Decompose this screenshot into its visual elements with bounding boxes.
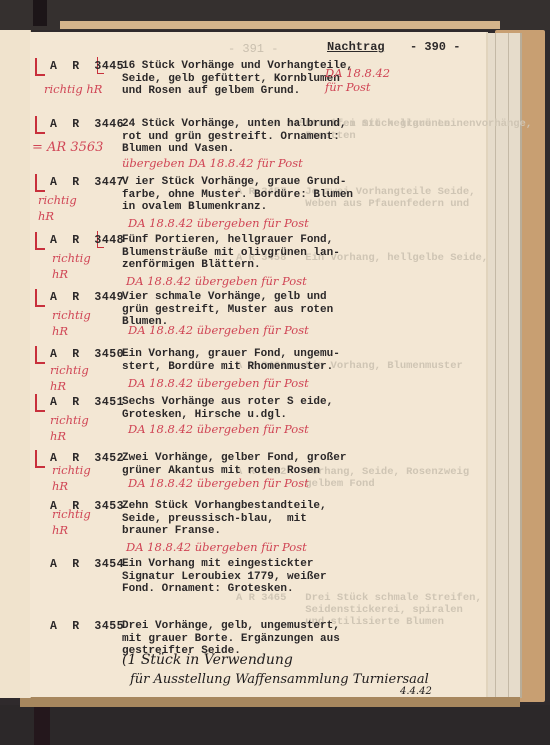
- page-number: - 390 -: [410, 40, 460, 54]
- red-bracket-mark: [35, 232, 45, 250]
- inventory-number: 3455: [94, 620, 124, 633]
- inventory-prefix: A R 3454: [50, 558, 124, 571]
- handwritten-annotation: DA 18.8.42 übergeben für Post: [128, 323, 309, 337]
- inventory-prefix: A R 3450: [50, 348, 124, 361]
- handwritten-annotation: für Post: [325, 80, 371, 94]
- entry-description: Sechs Vorhänge aus roter S eide, Grotesk…: [122, 396, 333, 421]
- handwritten-annotation: DA 18.8.42 übergeben für Post: [128, 376, 309, 390]
- inventory-prefix: A R 3445: [50, 60, 124, 73]
- red-bracket-mark: [35, 346, 45, 364]
- inventory-number: 3451: [94, 396, 124, 409]
- inventory-number: 3450: [94, 348, 124, 361]
- handwritten-date: 4.4.42: [400, 686, 432, 697]
- handwritten-closing-note: für Ausstellung Waffensammlung Turniersa…: [130, 672, 429, 687]
- entry-description: Ein Vorhang mit eingestickter Signatur L…: [122, 558, 327, 596]
- inventory-number: 3445: [94, 60, 124, 73]
- margin-note: richtig hR: [50, 362, 90, 394]
- handwritten-annotation: übergeben DA 18.8.42 für Post: [122, 156, 303, 170]
- inventory-prefix: A R 3448: [50, 234, 124, 247]
- inventory-number: 3449: [94, 291, 124, 304]
- red-bracket-mark: [35, 289, 45, 307]
- inventory-number: 3452: [94, 452, 124, 465]
- inventory-prefix: A R 3447: [50, 176, 124, 189]
- margin-note: richtig hR: [52, 250, 92, 282]
- margin-note: richtig hR: [38, 192, 78, 224]
- inventory-number: 3447: [94, 176, 124, 189]
- inventory-number: 3454: [94, 558, 124, 571]
- margin-note: richtig hR: [50, 412, 90, 444]
- margin-note: richtig hR: [52, 462, 92, 494]
- margin-note: = AR 3563: [32, 140, 103, 155]
- red-bracket-mark: [35, 394, 45, 412]
- entry-description: 16 Stück Vorhänge und Vorhangteile, Seid…: [122, 60, 353, 98]
- bleed-through-text: Seidenstickerei, spiralen: [236, 604, 463, 616]
- handwritten-annotation: DA 18.8.42 übergeben für Post: [126, 540, 307, 554]
- facing-page: [0, 30, 31, 698]
- red-bracket-mark: [35, 116, 45, 134]
- document-page: A R 3456 Drei Stück graue Leinenvorhänge…: [30, 32, 488, 697]
- entry-description: 24 Stück Vorhänge, unten halbrund, rot u…: [122, 118, 346, 156]
- handwritten-annotation: DA 18.8.42 übergeben für Post: [126, 274, 307, 288]
- entry-description: V ier Stück Vorhänge, graue Grund- farbe…: [122, 176, 353, 214]
- inventory-prefix: A R 3455: [50, 620, 124, 633]
- entry-description: Ein Vorhang, grauer Fond, ungemu- stert,…: [122, 348, 340, 373]
- ghost-page-number: - 391 -: [228, 42, 278, 56]
- inventory-number: 3448: [94, 234, 124, 247]
- supplement-heading: Nachtrag: [327, 40, 385, 54]
- tape-strip: [60, 21, 500, 29]
- bookmark-ribbon: [33, 0, 47, 26]
- red-bracket-mark: [35, 58, 45, 76]
- handwritten-annotation: DA 18.8.42 übergeben für Post: [128, 422, 309, 436]
- handwritten-annotation: DA 18.8.42: [325, 66, 390, 80]
- entry-description: Zehn Stück Vorhangbestandteile, Seide, p…: [122, 500, 327, 538]
- entry-description: Zwei Vorhänge, gelber Fond, großer grüne…: [122, 452, 346, 477]
- binder-bottom-edge: [20, 697, 520, 707]
- red-bracket-mark: [35, 450, 45, 468]
- margin-note: richtig hR: [44, 82, 102, 96]
- desk-background-bottom: [0, 705, 550, 745]
- inventory-prefix: A R 3446: [50, 118, 124, 131]
- inventory-prefix: A R 3449: [50, 291, 124, 304]
- bookmark-ribbon-bottom: [34, 707, 50, 745]
- inventory-number: 3453: [94, 500, 124, 513]
- red-bracket-mark: [35, 174, 45, 192]
- inventory-prefix: A R 3451: [50, 396, 124, 409]
- handwritten-annotation: DA 18.8.42 übergeben für Post: [128, 216, 309, 230]
- inventory-number: 3446: [94, 118, 124, 131]
- margin-note: richtig hR: [52, 506, 92, 538]
- entry-description: Fünf Portieren, hellgrauer Fond, Blumens…: [122, 234, 340, 272]
- handwritten-closing-note: (1 Stück in Verwendung: [122, 652, 293, 668]
- handwritten-annotation: DA 18.8.42 übergeben für Post: [128, 476, 309, 490]
- margin-note: richtig hR: [52, 307, 92, 339]
